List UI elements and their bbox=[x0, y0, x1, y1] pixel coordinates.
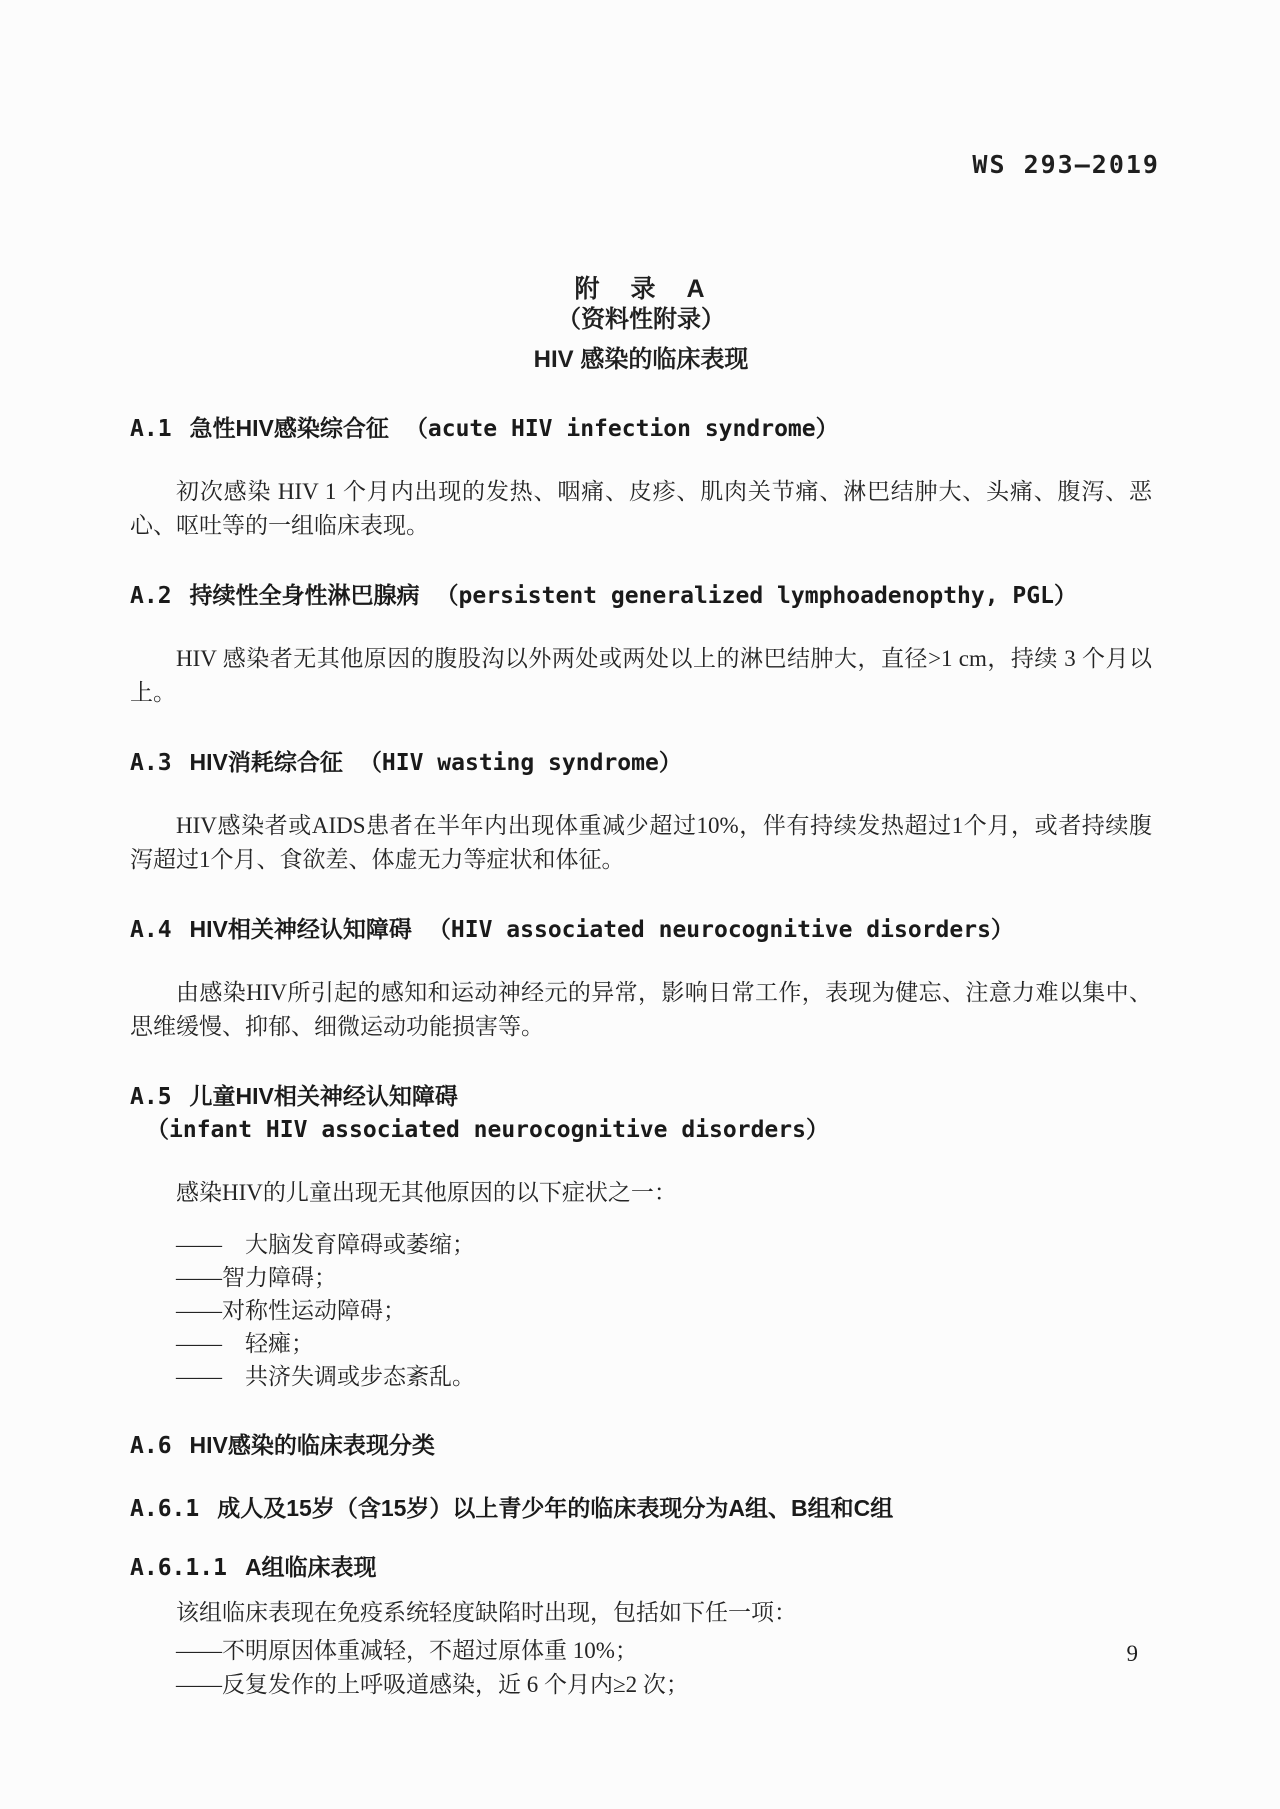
section-a1-number: A.1 bbox=[130, 416, 172, 442]
section-a3-paragraph: HIV感染者或AIDS患者在半年内出现体重减少超过10%，伴有持续发热超过1个月… bbox=[130, 809, 1152, 877]
section-a2-heading: A.2持续性全身性淋巴腺病（persistent generalized lym… bbox=[130, 579, 1152, 612]
appendix-name: HIV 感染的临床表现 bbox=[130, 344, 1152, 376]
list-item: —— 大脑发育障碍或萎缩； bbox=[130, 1228, 1152, 1261]
section-a611-number: A.6.1.1 bbox=[130, 1555, 227, 1581]
section-a5-symptom-list: —— 大脑发育障碍或萎缩； ——智力障碍； ——对称性运动障碍； —— 轻瘫； … bbox=[130, 1228, 1152, 1393]
document-page: WS 293—2019 附 录 A （资料性附录） HIV 感染的临床表现 A.… bbox=[0, 0, 1280, 1809]
section-a5-lead: 感染HIV的儿童出现无其他原因的以下症状之一： bbox=[130, 1176, 1152, 1210]
section-a611-item-list: ——不明原因体重减轻，不超过原体重 10%； ——反复发作的上呼吸道感染，近 6… bbox=[130, 1634, 1152, 1702]
section-a3-heading: A.3HIV消耗综合征（HIV wasting syndrome） bbox=[130, 746, 1152, 779]
section-a611-heading: A.6.1.1A组临床表现 bbox=[130, 1551, 1152, 1584]
section-a1-heading: A.1急性HIV感染综合征（acute HIV infection syndro… bbox=[130, 412, 1152, 445]
section-a4-title-en: （HIV associated neurocognitive disorders… bbox=[428, 917, 1014, 943]
list-item: ——不明原因体重减轻，不超过原体重 10%； bbox=[130, 1634, 1152, 1668]
section-a1-paragraph: 初次感染 HIV 1 个月内出现的发热、咽痛、皮疹、肌肉关节痛、淋巴结肿大、头痛… bbox=[130, 475, 1152, 543]
section-a4-number: A.4 bbox=[130, 917, 172, 943]
section-a6-title-zh: HIV感染的临床表现分类 bbox=[190, 1432, 435, 1458]
section-a61-number: A.6.1 bbox=[130, 1496, 199, 1522]
section-a611-title-zh: A组临床表现 bbox=[245, 1554, 377, 1580]
section-a2-title-en: （persistent generalized lymphoadenopthy,… bbox=[436, 583, 1077, 609]
list-item: ——对称性运动障碍； bbox=[130, 1294, 1152, 1327]
section-a5-heading: A.5儿童HIV相关神经认知障碍（infant HIV associated n… bbox=[130, 1080, 1152, 1146]
page-number: 9 bbox=[1127, 1641, 1139, 1667]
section-a5-title-en: （infant HIV associated neurocognitive di… bbox=[146, 1117, 829, 1143]
list-item: —— 共济失调或步态紊乱。 bbox=[130, 1360, 1152, 1393]
appendix-label: 附 录 A bbox=[130, 274, 1152, 304]
section-a4-title-zh: HIV相关神经认知障碍 bbox=[190, 916, 412, 942]
section-a2-paragraph: HIV 感染者无其他原因的腹股沟以外两处或两处以上的淋巴结肿大，直径>1 cm，… bbox=[130, 642, 1152, 710]
list-item: ——反复发作的上呼吸道感染，近 6 个月内≥2 次； bbox=[130, 1668, 1152, 1702]
section-a4-paragraph: 由感染HIV所引起的感知和运动神经元的异常，影响日常工作，表现为健忘、注意力难以… bbox=[130, 976, 1152, 1044]
section-a3-number: A.3 bbox=[130, 750, 172, 776]
section-a2-title-zh: 持续性全身性淋巴腺病 bbox=[190, 582, 420, 608]
section-a6-heading: A.6HIV感染的临床表现分类 bbox=[130, 1429, 1152, 1462]
standard-number: WS 293—2019 bbox=[972, 150, 1160, 179]
section-a5-number: A.5 bbox=[130, 1084, 172, 1110]
section-a1-title-zh: 急性HIV感染综合征 bbox=[190, 415, 389, 441]
section-a611-lead: 该组临床表现在免疫系统轻度缺陷时出现，包括如下任一项： bbox=[130, 1596, 1152, 1630]
section-a2-number: A.2 bbox=[130, 583, 172, 609]
list-item: ——智力障碍； bbox=[130, 1261, 1152, 1294]
section-a1-title-en: （acute HIV infection syndrome） bbox=[405, 416, 839, 442]
section-a3-title-en: （HIV wasting syndrome） bbox=[359, 750, 682, 776]
document-content: 附 录 A （资料性附录） HIV 感染的临床表现 A.1急性HIV感染综合征（… bbox=[0, 274, 1280, 1702]
section-a6-number: A.6 bbox=[130, 1433, 172, 1459]
section-a3-title-zh: HIV消耗综合征 bbox=[190, 749, 343, 775]
section-a4-heading: A.4HIV相关神经认知障碍（HIV associated neurocogni… bbox=[130, 913, 1152, 946]
appendix-title-block: 附 录 A （资料性附录） HIV 感染的临床表现 bbox=[130, 274, 1152, 376]
list-item: —— 轻瘫； bbox=[130, 1327, 1152, 1360]
appendix-type: （资料性附录） bbox=[130, 304, 1152, 336]
section-a61-title-zh: 成人及15岁（含15岁）以上青少年的临床表现分为A组、B组和C组 bbox=[217, 1495, 893, 1521]
section-a61-heading: A.6.1成人及15岁（含15岁）以上青少年的临床表现分为A组、B组和C组 bbox=[130, 1492, 1152, 1525]
section-a5-title-zh: 儿童HIV相关神经认知障碍 bbox=[190, 1083, 458, 1109]
